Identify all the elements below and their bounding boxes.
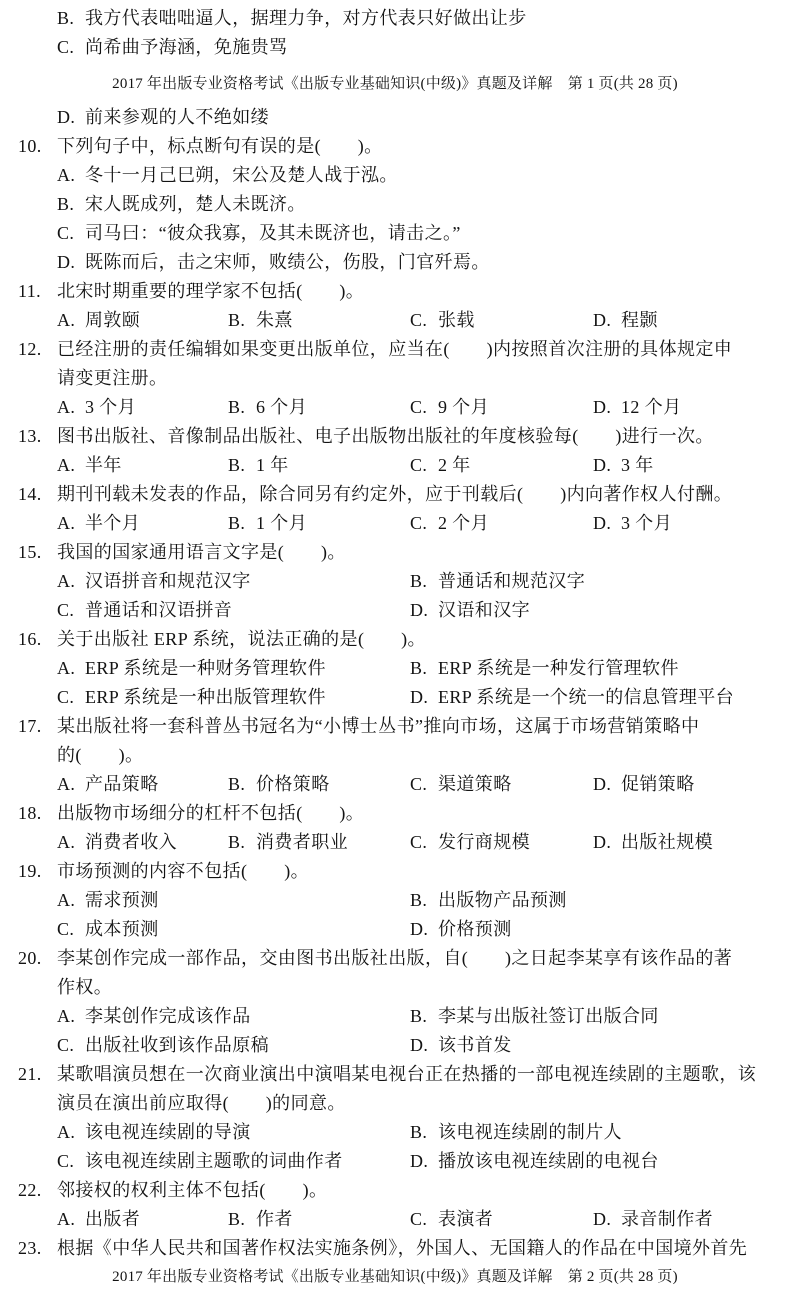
question-14: 14.期刊刊载未发表的作品，除合同另有约定外，应于刊载后( )内向著作权人付酬。… [0,480,790,538]
question-text: 市场预测的内容不包括( )。 [57,861,309,881]
question-19: 19.市场预测的内容不包括( )。 A.需求预测 B.出版物产品预测 C.成本预… [0,857,790,944]
option-label: B. [410,567,438,596]
options-row: C.该电视连续剧主题歌的词曲作者 D.播放该电视连续剧的电视台 [0,1147,790,1176]
option-b: B.6 个月 [228,393,307,422]
option-label: B. [410,1118,438,1147]
option-label: D. [410,683,438,712]
option-label: D. [57,248,85,277]
page-content: B.我方代表咄咄逼人，据理力争，对方代表只好做出让步 C.尚希曲予海涵，免施贵骂… [0,0,790,1292]
option-label: D. [593,1205,621,1234]
option-text: 冬十一月己巳朔，宋公及楚人战于泓。 [85,165,398,185]
question-18: 18.出版物市场细分的杠杆不包括( )。 A.消费者收入 B.消费者职业 C.发… [0,799,790,857]
question-16: 16.关于出版社 ERP 系统，说法正确的是( )。 A.ERP 系统是一种财务… [0,625,790,712]
option-d: D.程颢 [593,306,658,335]
option-text: 汉语和汉字 [438,600,530,620]
option-label: C. [57,1147,85,1176]
option-text: 价格策略 [256,774,330,794]
question-number: 17. [18,712,42,741]
option-text: 出版社规模 [621,832,713,852]
option-text: 出版者 [85,1209,140,1229]
options-row: A.半个月 B.1 个月 C.2 个月 D.3 个月 [0,509,790,538]
option-label: D. [410,1147,438,1176]
option-d: D.既陈而后，击之宋师，败绩公，伤股，门官歼焉。 [0,248,790,277]
question-text-continued: 演员在演出前应取得( )的同意。 [0,1089,790,1118]
question-number: 19. [18,857,42,886]
option-text: 司马曰：“彼众我寡，及其未既济也，请击之。” [85,223,461,243]
question-text: 出版物市场细分的杠杆不包括( )。 [57,803,364,823]
question-number: 23. [18,1234,42,1263]
question-text: 下列句子中，标点断句有误的是( )。 [57,136,383,156]
option-text: 张载 [438,310,475,330]
option-b: B.出版物产品预测 [410,886,567,915]
option-text: 3 个月 [621,513,672,533]
option-label: B. [57,4,85,33]
question-number: 12. [18,335,42,364]
option-a: A.ERP 系统是一种财务管理软件 [57,654,326,683]
option-label: D. [593,509,621,538]
option-a: A.出版者 [57,1205,140,1234]
option-d: D.价格预测 [410,915,512,944]
option-text: 1 年 [256,455,289,475]
option-text: 发行商规模 [438,832,530,852]
options-row: C.成本预测 D.价格预测 [0,915,790,944]
option-label: D. [410,596,438,625]
option-text: 消费者收入 [85,832,177,852]
option-text: ERP 系统是一种发行管理软件 [438,658,679,678]
question-text: 期刊刊载未发表的作品，除合同另有约定外，应于刊载后( )内向著作权人付酬。 [57,484,732,504]
question-12: 12.已经注册的责任编辑如果变更出版单位，应当在( )内按照首次注册的具体规定申… [0,335,790,422]
option-text: 半个月 [85,513,140,533]
option-label: D. [593,306,621,335]
option-label: D. [593,393,621,422]
prev-option-b: B.我方代表咄咄逼人，据理力争，对方代表只好做出让步 [0,4,790,33]
option-d: D.出版社规模 [593,828,713,857]
option-label: B. [228,306,256,335]
question-number: 14. [18,480,42,509]
option-a: A.汉语拼音和规范汉字 [57,567,251,596]
option-c: C.张载 [410,306,475,335]
option-text: 促销策略 [621,774,695,794]
option-text: 汉语拼音和规范汉字 [85,571,251,591]
option-label: C. [57,915,85,944]
option-a: A.半年 [57,451,122,480]
option-a: A.产品策略 [57,770,159,799]
option-d: D.汉语和汉字 [410,596,530,625]
option-label: A. [57,1118,85,1147]
option-b: B.作者 [228,1205,293,1234]
question-text: 图书出版社、音像制品出版社、电子出版物出版社的年度核验每( )进行一次。 [57,426,714,446]
option-label: A. [57,567,85,596]
option-label: A. [57,509,85,538]
option-text: ERP 系统是一个统一的信息管理平台 [438,687,734,707]
option-c: C.表演者 [410,1205,493,1234]
option-a: A.3 个月 [57,393,136,422]
option-text: 半年 [85,455,122,475]
option-b: B.价格策略 [228,770,330,799]
option-label: C. [410,509,438,538]
option-text: 作者 [256,1209,293,1229]
option-c: C.ERP 系统是一种出版管理软件 [57,683,326,712]
question-10: 10.下列句子中，标点断句有误的是( )。 A.冬十一月己巳朔，宋公及楚人战于泓… [0,132,790,277]
option-label: C. [410,770,438,799]
option-label: A. [57,393,85,422]
question-text: 我国的国家通用语言文字是( )。 [57,542,346,562]
option-label: B. [228,451,256,480]
option-label: D. [593,770,621,799]
option-label: A. [57,828,85,857]
option-label: A. [57,1002,85,1031]
options-row: A.产品策略 B.价格策略 C.渠道策略 D.促销策略 [0,770,790,799]
option-label: B. [228,393,256,422]
option-label: D. [593,451,621,480]
option-label: A. [57,770,85,799]
option-d: D.12 个月 [593,393,682,422]
question-text: 北宋时期重要的理学家不包括( )。 [57,281,364,301]
option-d: D.促销策略 [593,770,695,799]
question-text: 已经注册的责任编辑如果变更出版单位，应当在( )内按照首次注册的具体规定申 [57,339,732,359]
question-number: 18. [18,799,42,828]
option-c: C.2 年 [410,451,471,480]
option-label: C. [410,451,438,480]
option-text: 出版社收到该作品原稿 [85,1035,269,1055]
exam-page: B.我方代表咄咄逼人，据理力争，对方代表只好做出让步 C.尚希曲予海涵，免施贵骂… [0,0,790,1314]
question-15: 15.我国的国家通用语言文字是( )。 A.汉语拼音和规范汉字 B.普通话和规范… [0,538,790,625]
option-label: C. [410,306,438,335]
question-number: 16. [18,625,42,654]
option-label: B. [410,654,438,683]
question-text: 根据《中华人民共和国著作权法实施条例》，外国人、无国籍人的作品在中国境外首先 [57,1238,747,1258]
option-label: D. [410,1031,438,1060]
option-label: A. [57,451,85,480]
question-23: 23.根据《中华人民共和国著作权法实施条例》，外国人、无国籍人的作品在中国境外首… [0,1234,790,1263]
option-text: 渠道策略 [438,774,512,794]
options-row: A.半年 B.1 年 C.2 年 D.3 年 [0,451,790,480]
option-text: 6 个月 [256,397,307,417]
question-text: 某出版社将一套科普丛书冠名为“小博士丛书”推向市场，这属于市场营销策略中 [57,716,699,736]
option-b: B.1 个月 [228,509,307,538]
option-text: 价格预测 [438,919,512,939]
options-row: A.出版者 B.作者 C.表演者 D.录音制作者 [0,1205,790,1234]
option-label: D. [410,915,438,944]
question-text: 李某创作完成一部作品，交由图书出版社出版，自( )之日起李某享有该作品的著 [57,948,732,968]
option-d: D.该书首发 [410,1031,512,1060]
option-text: 12 个月 [621,397,682,417]
option-text: 朱熹 [256,310,293,330]
option-text: 周敦颐 [85,310,140,330]
options-row: A.该电视连续剧的导演 B.该电视连续剧的制片人 [0,1118,790,1147]
prev-option-d: D.前来参观的人不绝如缕 [0,103,790,132]
option-text: 李某与出版社签订出版合同 [438,1006,659,1026]
options-row: A.周敦颐 B.朱熹 C.张载 D.程颢 [0,306,790,335]
option-label: C. [410,1205,438,1234]
option-text: 尚希曲予海涵，免施贵骂 [85,37,287,57]
option-c: C.普通话和汉语拼音 [57,596,232,625]
question-number: 22. [18,1176,42,1205]
option-c: C.该电视连续剧主题歌的词曲作者 [57,1147,343,1176]
option-text: 消费者职业 [256,832,348,852]
option-b: B.1 年 [228,451,289,480]
option-d: D.录音制作者 [593,1205,713,1234]
option-d: D.ERP 系统是一个统一的信息管理平台 [410,683,734,712]
option-text: 程颢 [621,310,658,330]
question-text: 关于出版社 ERP 系统，说法正确的是( )。 [57,629,426,649]
option-label: B. [57,190,85,219]
option-b: B.消费者职业 [228,828,348,857]
option-label: A. [57,886,85,915]
option-a: A.半个月 [57,509,140,538]
option-label: A. [57,306,85,335]
option-label: B. [228,770,256,799]
option-d: D.播放该电视连续剧的电视台 [410,1147,659,1176]
option-label: A. [57,654,85,683]
options-row: A.3 个月 B.6 个月 C.9 个月 D.12 个月 [0,393,790,422]
option-label: C. [57,219,85,248]
option-d: D.3 年 [593,451,654,480]
prev-option-c: C.尚希曲予海涵，免施贵骂 [0,33,790,62]
option-text: 播放该电视连续剧的电视台 [438,1151,659,1171]
option-b: B.普通话和规范汉字 [410,567,585,596]
option-text: 前来参观的人不绝如缕 [85,107,269,127]
option-a: A.周敦颐 [57,306,140,335]
option-d: D.3 个月 [593,509,672,538]
option-label: C. [57,683,85,712]
option-c: C.出版社收到该作品原稿 [57,1031,269,1060]
option-a: A.需求预测 [57,886,159,915]
question-20: 20.李某创作完成一部作品，交由图书出版社出版，自( )之日起李某享有该作品的著… [0,944,790,1060]
option-label: B. [228,509,256,538]
option-label: A. [57,161,85,190]
page-footer-1: 2017 年出版专业资格考试《出版专业基础知识(中级)》真题及详解 第 1 页(… [0,70,790,99]
option-text: 我方代表咄咄逼人，据理力争，对方代表只好做出让步 [85,8,527,28]
page-footer-2: 2017 年出版专业资格考试《出版专业基础知识(中级)》真题及详解 第 2 页(… [0,1263,790,1292]
question-13: 13.图书出版社、音像制品出版社、电子出版物出版社的年度核验每( )进行一次。 … [0,422,790,480]
option-c: C.渠道策略 [410,770,512,799]
question-21: 21.某歌唱演员想在一次商业演出中演唱某电视台正在热播的一部电视连续剧的主题歌，… [0,1060,790,1176]
option-text: 普通话和规范汉字 [438,571,585,591]
options-row: C.ERP 系统是一种出版管理软件 D.ERP 系统是一个统一的信息管理平台 [0,683,790,712]
option-label: A. [57,1205,85,1234]
option-text: 该电视连续剧的制片人 [438,1122,622,1142]
option-text: 2 个月 [438,513,489,533]
option-label: D. [593,828,621,857]
question-number: 20. [18,944,42,973]
option-text: 该电视连续剧主题歌的词曲作者 [85,1151,343,1171]
option-c: C.2 个月 [410,509,489,538]
option-b: B.李某与出版社签订出版合同 [410,1002,659,1031]
option-b: B.朱熹 [228,306,293,335]
question-number: 13. [18,422,42,451]
option-c: C.司马曰：“彼众我寡，及其未既济也，请击之。” [0,219,790,248]
option-text: 3 个月 [85,397,136,417]
options-row: A.汉语拼音和规范汉字 B.普通话和规范汉字 [0,567,790,596]
question-number: 21. [18,1060,42,1089]
option-label: C. [57,1031,85,1060]
option-text: ERP 系统是一种财务管理软件 [85,658,326,678]
option-b: B.该电视连续剧的制片人 [410,1118,622,1147]
option-text: 产品策略 [85,774,159,794]
option-b: B.宋人既成列，楚人未既济。 [0,190,790,219]
option-c: C.9 个月 [410,393,489,422]
option-text: 出版物产品预测 [438,890,567,910]
option-label: B. [410,886,438,915]
option-text: 1 个月 [256,513,307,533]
option-label: C. [410,393,438,422]
question-text: 邻接权的权利主体不包括( )。 [57,1180,327,1200]
question-number: 15. [18,538,42,567]
option-text: 普通话和汉语拼音 [85,600,232,620]
option-text: ERP 系统是一种出版管理软件 [85,687,326,707]
question-text: 某歌唱演员想在一次商业演出中演唱某电视台正在热播的一部电视连续剧的主题歌，该 [57,1064,756,1084]
question-text-continued: 的( )。 [0,741,790,770]
option-b: B.ERP 系统是一种发行管理软件 [410,654,679,683]
option-text: 宋人既成列，楚人未既济。 [85,194,306,214]
options-row: C.普通话和汉语拼音 D.汉语和汉字 [0,596,790,625]
option-label: C. [410,828,438,857]
option-text: 表演者 [438,1209,493,1229]
options-row: C.出版社收到该作品原稿 D.该书首发 [0,1031,790,1060]
option-text: 9 个月 [438,397,489,417]
options-row: A.李某创作完成该作品 B.李某与出版社签订出版合同 [0,1002,790,1031]
question-number: 11. [18,277,41,306]
option-label: B. [228,1205,256,1234]
option-text: 该书首发 [438,1035,512,1055]
question-11: 11.北宋时期重要的理学家不包括( )。 A.周敦颐 B.朱熹 C.张载 D.程… [0,277,790,335]
option-text: 成本预测 [85,919,159,939]
option-c: C.成本预测 [57,915,159,944]
option-text: 3 年 [621,455,654,475]
option-text: 2 年 [438,455,471,475]
option-a: A.该电视连续剧的导演 [57,1118,251,1147]
option-a: A.李某创作完成该作品 [57,1002,251,1031]
option-c: C.发行商规模 [410,828,530,857]
option-a: A.冬十一月己巳朔，宋公及楚人战于泓。 [0,161,790,190]
option-label: B. [410,1002,438,1031]
question-22: 22.邻接权的权利主体不包括( )。 A.出版者 B.作者 C.表演者 D.录音… [0,1176,790,1234]
options-row: A.ERP 系统是一种财务管理软件 B.ERP 系统是一种发行管理软件 [0,654,790,683]
question-number: 10. [18,132,42,161]
option-label: B. [228,828,256,857]
option-a: A.消费者收入 [57,828,177,857]
options-row: A.消费者收入 B.消费者职业 C.发行商规模 D.出版社规模 [0,828,790,857]
option-text: 该电视连续剧的导演 [85,1122,251,1142]
option-label: C. [57,33,85,62]
option-label: C. [57,596,85,625]
options-row: A.需求预测 B.出版物产品预测 [0,886,790,915]
option-text: 录音制作者 [621,1209,713,1229]
option-text: 需求预测 [85,890,159,910]
question-17: 17.某出版社将一套科普丛书冠名为“小博士丛书”推向市场，这属于市场营销策略中 … [0,712,790,799]
question-text-continued: 请变更注册。 [0,364,790,393]
option-text: 李某创作完成该作品 [85,1006,251,1026]
question-text-continued: 作权。 [0,973,790,1002]
option-text: 既陈而后，击之宋师，败绩公，伤股，门官歼焉。 [85,252,490,272]
option-label: D. [57,103,85,132]
